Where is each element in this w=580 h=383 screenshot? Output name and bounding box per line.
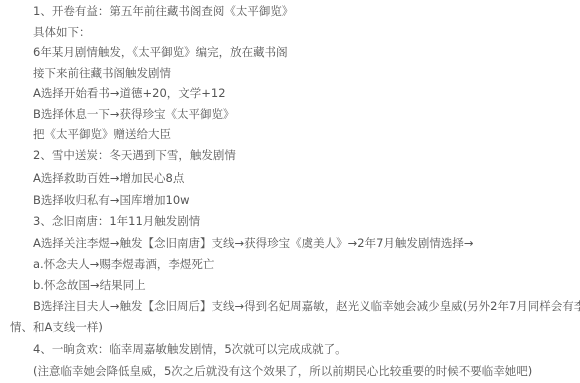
section-1-intro: 具体如下： <box>33 24 91 40</box>
section-3-option-a: A选择关注李煜→触发【念旧南唐】支线→获得珍宝《虞美人》→2年7月触发剧情选择→ <box>33 235 474 251</box>
section-1-trigger: 6年某月剧情触发，《太平御览》编完，放在藏书阁 <box>33 44 288 60</box>
section-1-note: 把《太平御览》赠送给大臣 <box>33 126 171 142</box>
section-3-option-a-choice-a: a.怀念夫人→赐李煜毒酒，李煜死亡 <box>33 256 214 272</box>
section-4-heading: 4、一晌贪欢：临幸周嘉敏触发剧情，5次就可以完成成就了。 <box>33 341 347 357</box>
section-1-option-b: B选择休息一下→获得珍宝《太平御览》 <box>33 106 235 122</box>
section-1-next-step: 接下来前往藏书阁触发剧情 <box>33 65 171 81</box>
section-3-option-b: B选择注目夫人→触发【念旧周后】支线→得到名妃周嘉敏，赵光义临幸她会减少皇威(另… <box>33 298 580 314</box>
section-2-option-b: B选择收归私有→国库增加10w <box>33 192 190 208</box>
section-3-option-b-continued: 情、和A支线一样) <box>10 319 103 335</box>
section-1-option-a: A选择开始看书→道德+20，文学+12 <box>33 85 226 101</box>
section-3-option-a-choice-b: b.怀念故国→结果同上 <box>33 277 146 293</box>
section-2-heading: 2、雪中送炭：冬天遇到下雪，触发剧情 <box>33 147 236 163</box>
section-2-option-a: A选择救助百姓→增加民心8点 <box>33 170 184 186</box>
section-3-heading: 3、念旧南唐：1年11月触发剧情 <box>33 213 200 229</box>
section-1-heading: 1、开卷有益：第五年前往藏书阁查阅《太平御览》 <box>33 3 293 19</box>
section-4-note: (注意临幸她会降低皇威，5次之后就没有这个效果了，所以前期民心比较重要的时候不要… <box>33 363 532 379</box>
